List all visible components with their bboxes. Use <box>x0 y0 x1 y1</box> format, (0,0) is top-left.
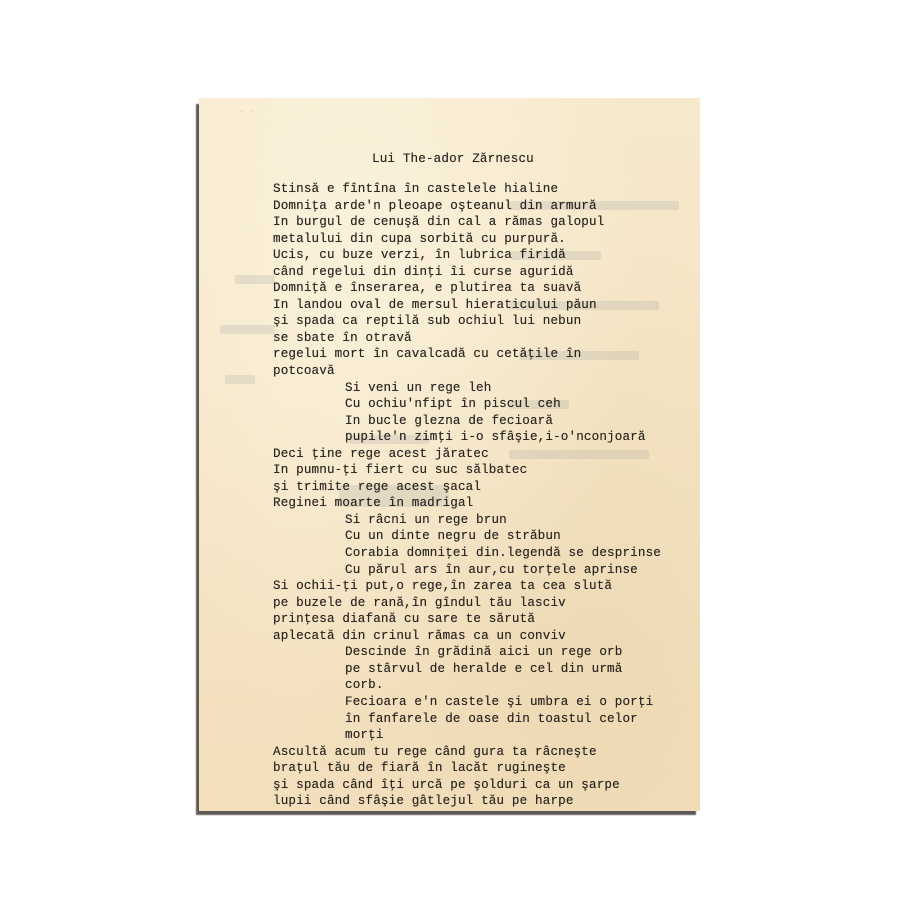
poem-line: aplecată din crinul rămas ca un conviv <box>273 628 700 645</box>
poem-title: Lui The-ador Zărnescu <box>372 152 534 166</box>
poem-line: Domniţă e înserarea, e plutirea ta suavă <box>273 280 700 297</box>
poem-line: regelui mort în cavalcadă cu cetăţile în <box>273 346 700 363</box>
poem-line: corb. <box>273 677 700 694</box>
poem-line: Fecioara e'n castele şi umbra ei o porţi <box>273 694 700 711</box>
poem-line: prinţesa diafană cu sare te sărută <box>273 611 700 628</box>
show-through-block-left <box>205 238 275 421</box>
poem-line: morţi <box>273 727 700 744</box>
poem-line: Descinde în grădină aici un rege orb <box>273 644 700 661</box>
poem-line: pe buzele de rană,în gîndul tău lasciv <box>273 595 700 612</box>
poem-line: Stinsă e fîntîna în castelele hialine <box>273 181 700 198</box>
poem-line: Domniţa arde'n pleoape oşteanul din armu… <box>273 198 700 215</box>
poem-line: In pumnu-ţi fiert cu suc sălbatec <box>273 462 700 479</box>
poem-line: Ucis, cu buze verzi, în lubrica firidă <box>273 247 700 264</box>
poem-line: lupii când sfâşie gâtlejul tău pe harpe <box>273 793 700 810</box>
poem-line: braţul tău de fiară în lacăt rugineşte <box>273 760 700 777</box>
poem-line: când regelui din dinţi îi curse aguridă <box>273 264 700 281</box>
poem-line: Corabia domniţei din.legendă se desprins… <box>273 545 700 562</box>
poem-line: Reginei moarte în madrigal <box>273 495 700 512</box>
poem-line: Si râcni un rege brun <box>273 512 700 529</box>
poem-line: potcoavă <box>273 363 700 380</box>
faint-corner-mark: · · <box>239 107 253 116</box>
poem-line: Deci ţine rege acest jăratec <box>273 446 700 463</box>
poem-line: Ascultă acum tu rege când gura ta râcneş… <box>273 744 700 761</box>
poem-line: metalului din cupa sorbită cu purpură. <box>273 231 700 248</box>
poem-line: şi spada ca reptilă sub ochiul lui nebun <box>273 313 700 330</box>
poem-line: pe stârvul de heralde e cel din urmă <box>273 661 700 678</box>
manuscript-page: · · Lui The-ador Zărnescu Stinsă e fîntî… <box>199 98 700 811</box>
poem-line: pupile'n zimţi i-o sfâşie,i-o'nconjoară <box>273 429 700 446</box>
poem-line: In burgul de cenuşă din cal a rămas galo… <box>273 214 700 231</box>
poem-line: Si ochii-ţi put,o rege,în zarea ta cea s… <box>273 578 700 595</box>
poem-line: Cu un dinte negru de străbun <box>273 528 700 545</box>
poem-line: In bucle glezna de fecioară <box>273 413 700 430</box>
poem-line: Cu părul ars în aur,cu torţele aprinse <box>273 562 700 579</box>
poem-line: se sbate în otravă <box>273 330 700 347</box>
poem-line: şi trimite rege acest şacal <box>273 479 700 496</box>
poem-line: şi spada când îţi urcă pe şolduri ca un … <box>273 777 700 794</box>
poem-body: Stinsă e fîntîna în castelele hialineDom… <box>273 181 700 810</box>
poem-line: In landou oval de mersul hieraticului pă… <box>273 297 700 314</box>
photo-backdrop: · · Lui The-ador Zărnescu Stinsă e fîntî… <box>0 0 900 900</box>
poem-line: Si veni un rege leh <box>273 380 700 397</box>
poem-line: în fanfarele de oase din toastul celor <box>273 711 700 728</box>
poem-line: Cu ochiu'nfipt în piscul ceh <box>273 396 700 413</box>
